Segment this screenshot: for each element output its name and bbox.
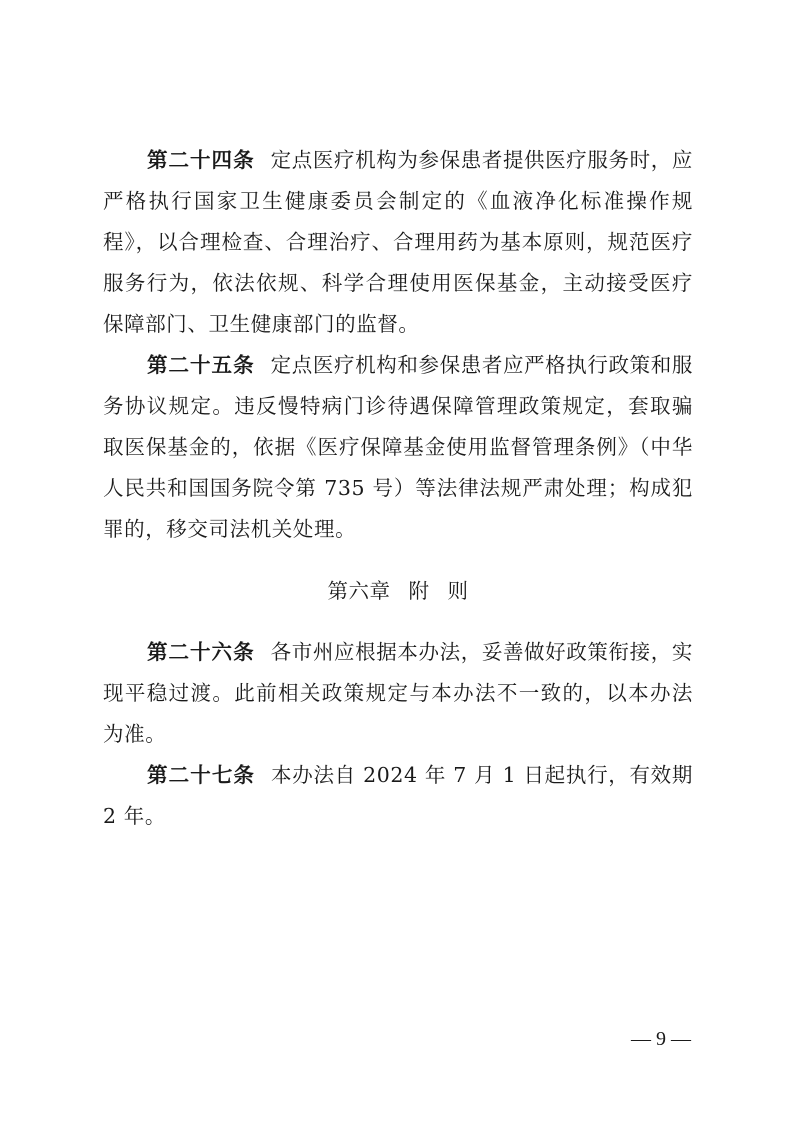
- article-label: 第二十五条: [147, 353, 255, 377]
- article-25: 第二十五条定点医疗机构和参保患者应严格执行政策和服务协议规定。违反慢特病门诊待遇…: [103, 345, 693, 550]
- article-label: 第二十四条: [147, 148, 255, 172]
- page-number: — 9 —: [631, 1028, 691, 1051]
- chapter-number: 第六章: [328, 579, 391, 603]
- chapter-heading: 第六章附则: [103, 571, 693, 612]
- article-24: 第二十四条定点医疗机构为参保患者提供医疗服务时，应严格执行国家卫生健康委员会制定…: [103, 140, 693, 345]
- article-label: 第二十六条: [147, 640, 255, 664]
- chapter-title-part1: 附: [409, 579, 430, 603]
- document-page: 第二十四条定点医疗机构为参保患者提供医疗服务时，应严格执行国家卫生健康委员会制定…: [103, 140, 693, 837]
- article-27: 第二十七条本办法自 2024 年 7 月 1 日起执行，有效期 2 年。: [103, 755, 693, 837]
- article-text: 定点医疗机构为参保患者提供医疗服务时，应严格执行国家卫生健康委员会制定的《血液净…: [103, 148, 693, 336]
- chapter-title-part2: 则: [448, 579, 469, 603]
- article-label: 第二十七条: [147, 763, 255, 787]
- article-text: 定点医疗机构和参保患者应严格执行政策和服务协议规定。违反慢特病门诊待遇保障管理政…: [103, 353, 693, 541]
- article-26: 第二十六条各市州应根据本办法，妥善做好政策衔接，实现平稳过渡。此前相关政策规定与…: [103, 632, 693, 755]
